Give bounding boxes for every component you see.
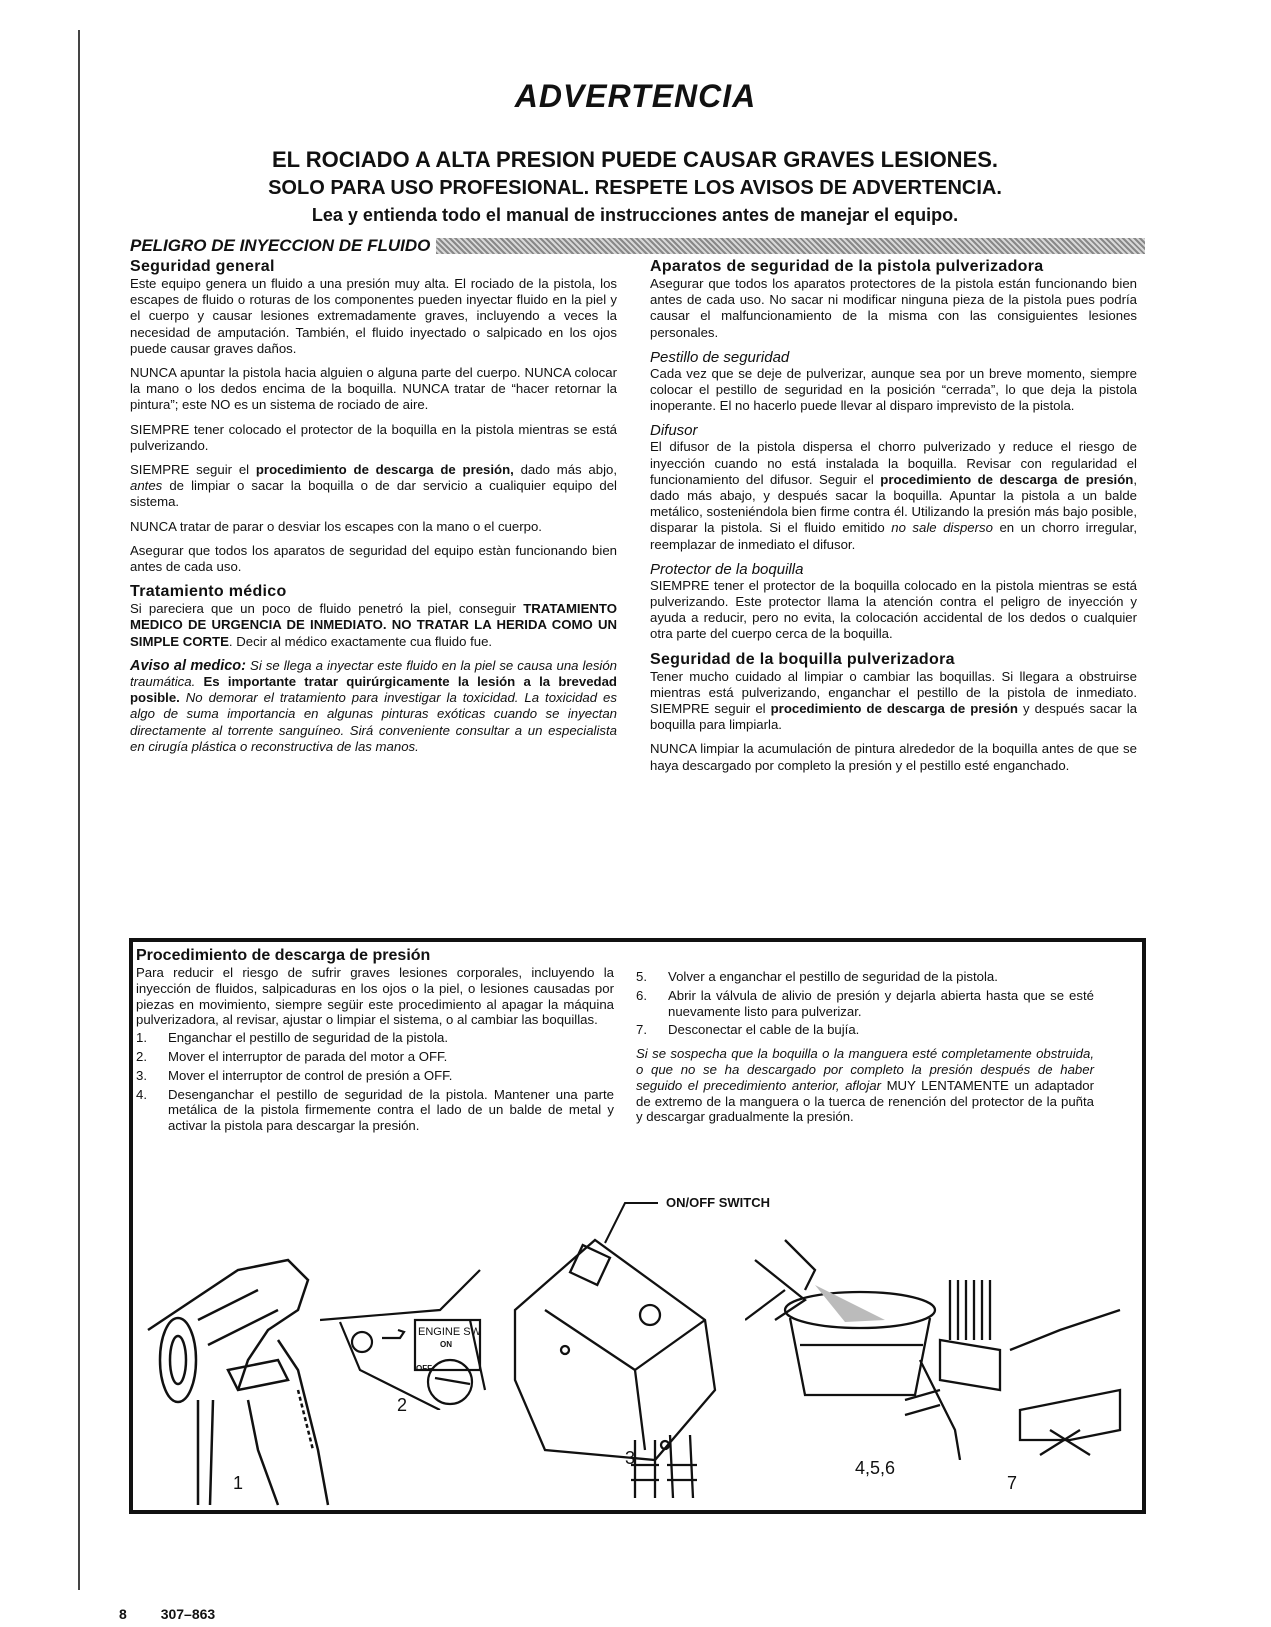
left-column: Seguridad general Este equipo genera un … (130, 258, 617, 763)
step-number: 5. (636, 969, 668, 985)
step-number: 6. (636, 988, 668, 1020)
manual-page: ADVERTENCIA EL ROCIADO A ALTA PRESION PU… (0, 0, 1271, 1627)
emphasis-not-dispersed: no sale disperso (891, 520, 993, 535)
right-column: Aparatos de seguridad de la pistola pulv… (650, 258, 1137, 782)
procedure-left: Procedimiento de descarga de presión Par… (136, 947, 614, 1137)
text-run: dado más abjo, (514, 462, 617, 477)
section-hatch-bar (436, 238, 1145, 254)
emphasis-antes: antes (130, 478, 162, 493)
procedure-step: 4.Desenganchar el pestillo de seguridad … (136, 1087, 614, 1134)
procedure-step: 3.Mover el interruptor de control de pre… (136, 1068, 614, 1084)
spray-gun-illustration (138, 1250, 338, 1510)
general-safety-p2: NUNCA apuntar la pistola hacia alguien o… (130, 365, 617, 414)
safety-latch-p1: Cada vez que se deje de pulverizar, aunq… (650, 366, 1137, 415)
read-manual-notice: Lea y entienda todo el manual de instruc… (130, 205, 1140, 226)
procedure-steps-5-7: 5.Volver a enganchar el pestillo de segu… (636, 969, 1094, 1038)
warning-subheadline: SOLO PARA USO PROFESIONAL. RESPETE LOS A… (130, 177, 1140, 200)
procedure-intro: Para reducir el riesgo de sufrir graves … (136, 965, 614, 1028)
general-safety-p6: Asegurar que todos los aparatos de segur… (130, 543, 617, 575)
document-number: 307–863 (161, 1606, 216, 1622)
figure-label-456: 4,5,6 (855, 1458, 895, 1479)
engine-switch-illustration (320, 1260, 510, 1410)
on-off-switch-callout: ON/OFF SWITCH (666, 1196, 770, 1210)
section-title: PELIGRO DE INYECCION DE FLUIDO (130, 236, 436, 256)
section-header: PELIGRO DE INYECCION DE FLUIDO (130, 236, 1145, 256)
warning-headline: EL ROCIADO A ALTA PRESION PUEDE CAUSAR G… (130, 147, 1140, 173)
text-run: Si pareciera que un poco de fluido penet… (130, 601, 523, 616)
tip-guard-p1: SIEMPRE tener el protector de la boquill… (650, 578, 1137, 643)
procedure-step: 6.Abrir la válvula de alivio de presión … (636, 988, 1094, 1020)
gun-safety-p1: Asegurar que todos los aparatos protecto… (650, 276, 1137, 341)
step-number: 4. (136, 1087, 168, 1134)
step-text: Enganchar el pestillo de seguridad de la… (168, 1030, 614, 1046)
emphasis-procedure: procedimiento de descarga de presión (880, 472, 1133, 487)
tip-guard-heading: Protector de la boquilla (650, 561, 1137, 578)
procedure-step: 1.Enganchar el pestillo de seguridad de … (136, 1030, 614, 1046)
notice-lead: Aviso al medico: (130, 658, 246, 674)
physician-notice: Aviso al medico: Si se llega a inyectar … (130, 658, 617, 755)
step-number: 2. (136, 1049, 168, 1065)
medical-treatment-p1: Si pareciera que un poco de fluido penet… (130, 601, 617, 650)
procedure-right: 5.Volver a enganchar el pestillo de segu… (636, 967, 1094, 1138)
binder-margin-line (78, 30, 80, 1590)
step-number: 3. (136, 1068, 168, 1084)
procedure-steps-1-4: 1.Enganchar el pestillo de seguridad de … (136, 1030, 614, 1134)
figure-label-2: 2 (397, 1395, 407, 1416)
tip-safety-p1: Tener mucho cuidado al limpiar o cambiar… (650, 669, 1137, 734)
text-run: . Decir al médico exactamente cua fluido… (229, 634, 492, 649)
text-run: SIEMPRE seguir el (130, 462, 256, 477)
step-text: Desconectar el cable de la bujía. (668, 1022, 1094, 1038)
procedure-heading: Procedimiento de descarga de presión (136, 947, 614, 965)
pressure-control-illustration (505, 1230, 725, 1500)
callout-leader-line (600, 1198, 660, 1248)
medical-treatment-heading: Tratamiento médico (130, 583, 617, 601)
spark-plug-illustration (900, 1280, 1130, 1460)
obstruction-note: Si se sospecha que la boquilla o la mang… (636, 1046, 1094, 1125)
step-text: Desenganchar el pestillo de seguridad de… (168, 1087, 614, 1134)
engine-sw-label: ENGINE SW (418, 1325, 481, 1339)
engine-on-label: ON (440, 1338, 452, 1352)
figure-label-1: 1 (233, 1473, 243, 1494)
gun-safety-heading: Aparatos de seguridad de la pistola pulv… (650, 258, 1137, 276)
emphasis-procedure: procedimiento de descarga de presión (771, 701, 1018, 716)
tip-safety-p2: NUNCA limpiar la acumulación de pintura … (650, 741, 1137, 773)
step-text: Volver a enganchar el pestillo de seguri… (668, 969, 1094, 985)
text-run: de limpiar o sacar la boquilla o de dar … (130, 478, 617, 509)
general-safety-p3: SIEMPRE tener colocado el protector de l… (130, 422, 617, 454)
text-run: No demorar el tratamiento para investiga… (130, 690, 617, 754)
procedure-step: 7.Desconectar el cable de la bujía. (636, 1022, 1094, 1038)
safety-latch-heading: Pestillo de seguridad (650, 349, 1137, 366)
general-safety-p5: NUNCA tratar de parar o desviar los esca… (130, 519, 617, 535)
tip-safety-heading: Seguridad de la boquilla pulverizadora (650, 651, 1137, 669)
figure-label-7: 7 (1007, 1473, 1017, 1494)
page-number: 8 (119, 1606, 127, 1622)
engine-off-label: OFF (416, 1362, 432, 1376)
step-text: Mover el interruptor de parada del motor… (168, 1049, 614, 1065)
step-text: Abrir la válvula de alivio de presión y … (668, 988, 1094, 1020)
general-safety-p4: SIEMPRE seguir el procedimiento de desca… (130, 462, 617, 511)
page-title: ADVERTENCIA (0, 78, 1271, 115)
step-text: Mover el interruptor de control de presi… (168, 1068, 614, 1084)
general-safety-heading: Seguridad general (130, 258, 617, 276)
general-safety-p1: Este equipo genera un fluido a una presi… (130, 276, 617, 357)
procedure-step: 2.Mover el interruptor de parada del mot… (136, 1049, 614, 1065)
diffuser-heading: Difusor (650, 422, 1137, 439)
step-number: 1. (136, 1030, 168, 1046)
emphasis-procedure: procedimiento de descarga de presión, (256, 462, 514, 477)
procedure-step: 5.Volver a enganchar el pestillo de segu… (636, 969, 1094, 985)
diffuser-p1: El difusor de la pistola dispersa el cho… (650, 439, 1137, 552)
step-number: 7. (636, 1022, 668, 1038)
page-footer: 8 307–863 (119, 1606, 245, 1622)
figure-label-3: 3 (625, 1448, 635, 1469)
